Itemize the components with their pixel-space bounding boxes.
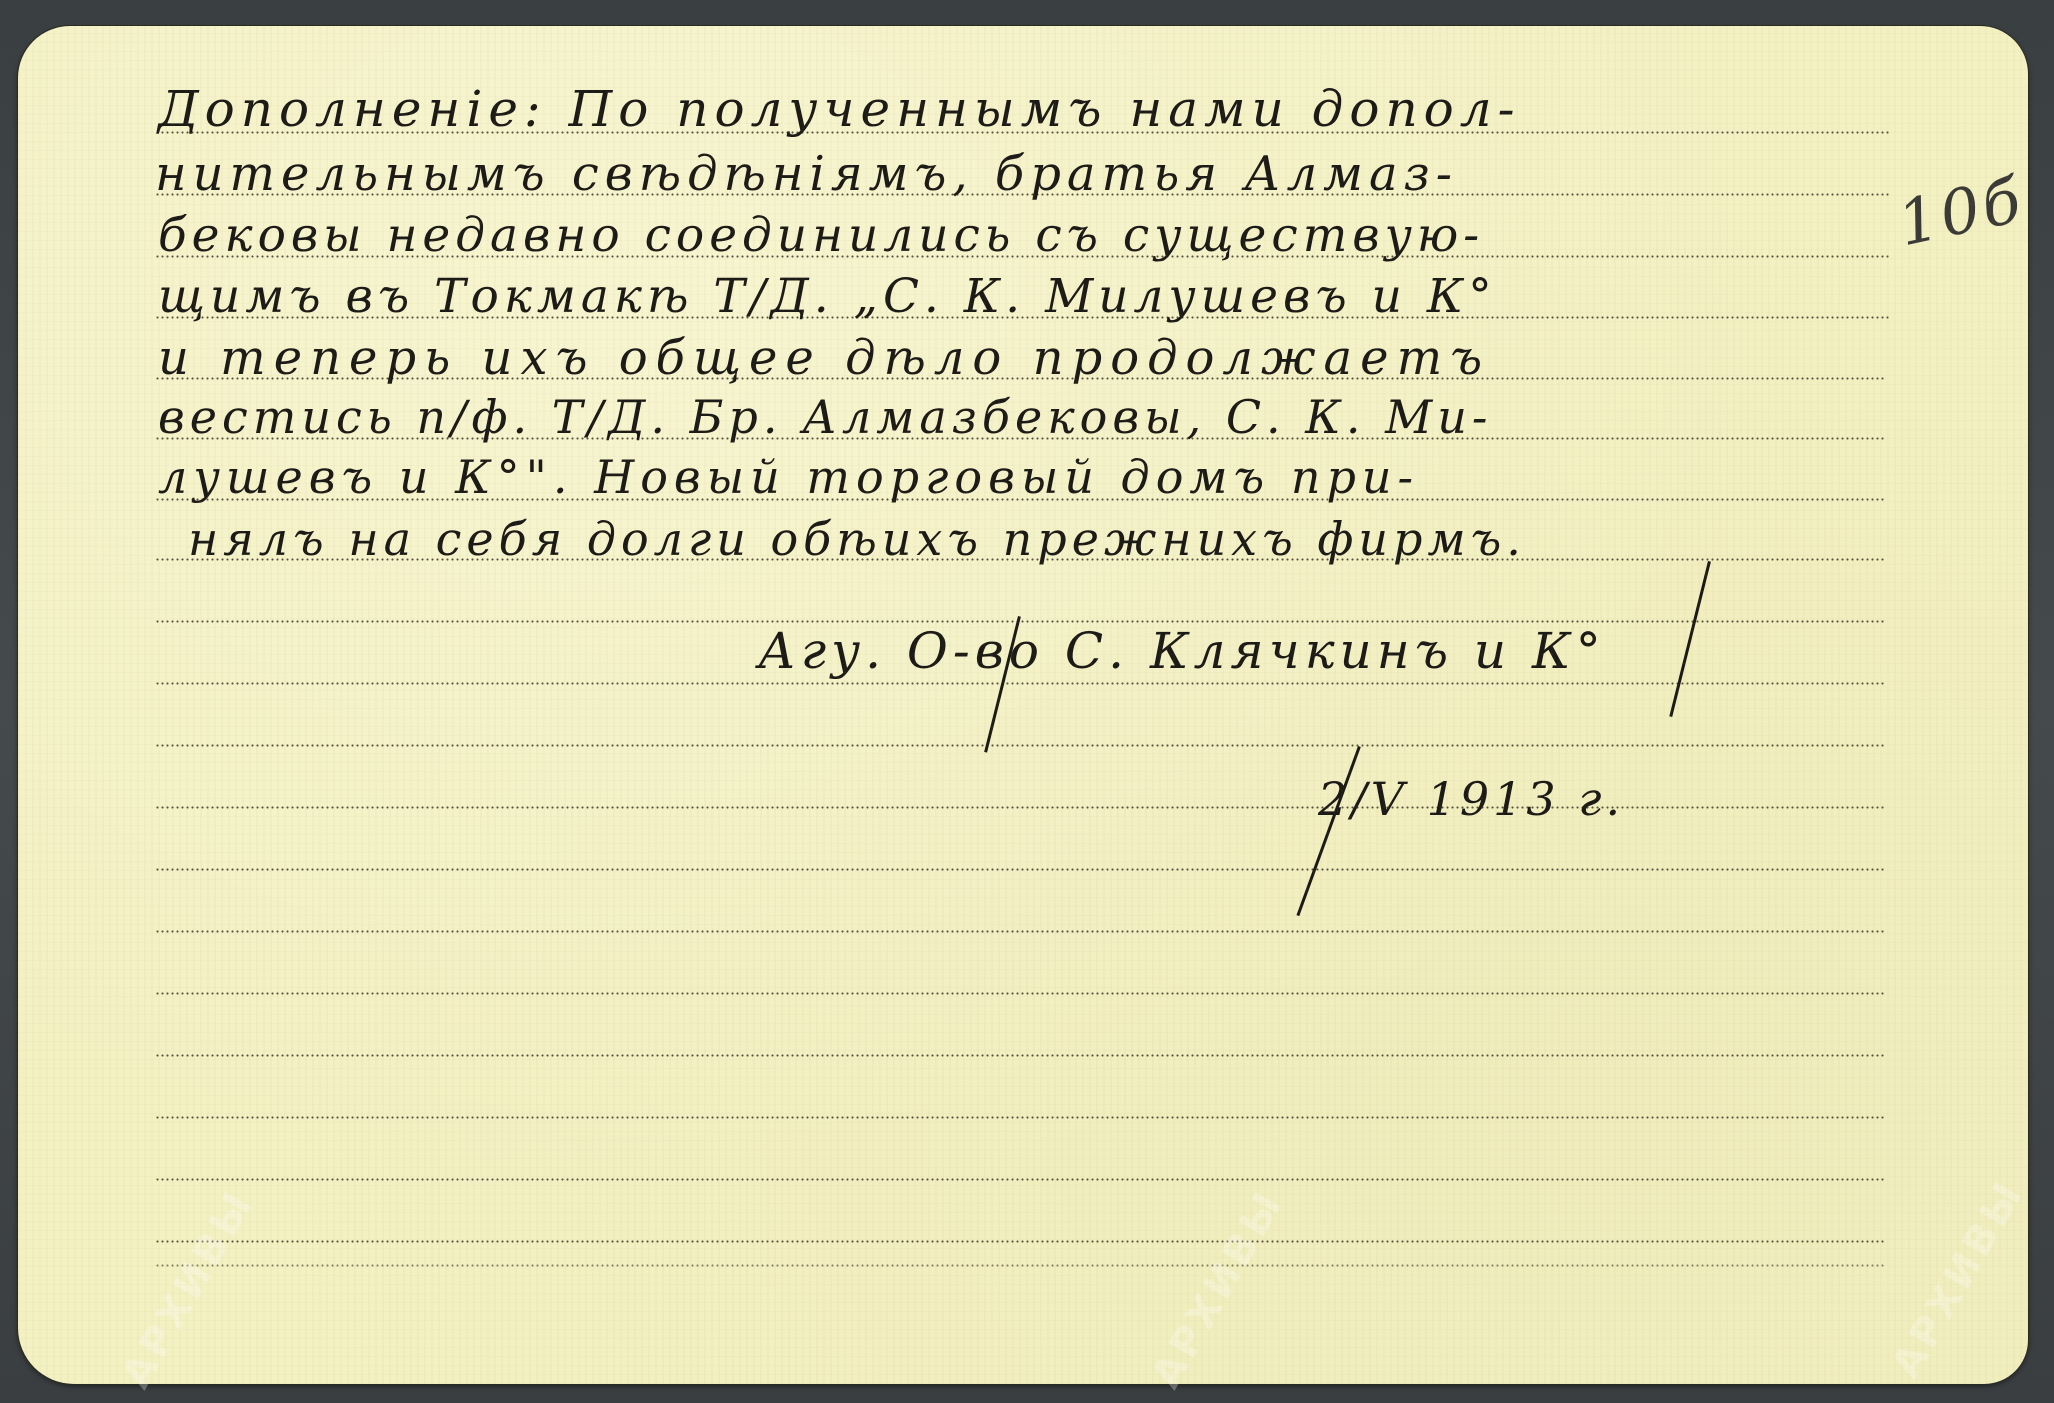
ruled-line: [155, 1264, 1885, 1267]
watermark: АРХИВЫ: [113, 1182, 263, 1396]
signature: Агу. О-во С. Клячкинъ и К°: [758, 626, 1606, 676]
handwritten-line-2: нительнымъ свѣдѣніямъ, братья Алмаз-: [155, 150, 1458, 198]
archival-card: Дополненіе: По полученнымъ нами допол- н…: [18, 26, 2028, 1384]
handwritten-line-8: нялъ на себя долги обѣихъ прежнихъ фирмъ…: [188, 516, 1526, 562]
ruled-line: [155, 1240, 1885, 1243]
margin-note: 10б: [1893, 169, 2029, 256]
scan-background: Дополненіе: По полученнымъ нами допол- н…: [0, 0, 2054, 1403]
handwritten-line-6: вестись п/ф. Т/Д. Бр. Алмазбековы, С. К.…: [158, 394, 1492, 440]
signature-flourish: [1669, 561, 1711, 717]
watermark: АРХИВЫ: [1143, 1182, 1293, 1396]
ruled-line: [155, 1054, 1885, 1057]
handwritten-line-5: и теперь ихъ общее дѣло продолжаетъ: [158, 334, 1490, 382]
ruled-line: [155, 992, 1885, 995]
ruled-line: [155, 930, 1885, 933]
handwritten-line-1: Дополненіе: По полученнымъ нами допол-: [158, 84, 1521, 134]
watermark: АРХИВЫ: [1883, 1172, 2033, 1386]
ruled-line: [155, 682, 1885, 685]
ruled-line: [155, 1178, 1885, 1181]
handwritten-line-4: щимъ въ Токмакѣ Т/Д. „С. К. Милушевъ и К…: [158, 273, 1497, 320]
ruled-line: [155, 806, 1885, 809]
ruled-line: [155, 744, 1885, 747]
ruled-line: [155, 1116, 1885, 1119]
ruled-line: [155, 868, 1885, 871]
handwritten-line-7: лушевъ и К°". Новый торговый домъ при-: [158, 454, 1419, 500]
handwritten-line-3: бековы недавно соединились съ существую-: [158, 212, 1484, 259]
date: 2/V 1913 г.: [1318, 776, 1624, 822]
